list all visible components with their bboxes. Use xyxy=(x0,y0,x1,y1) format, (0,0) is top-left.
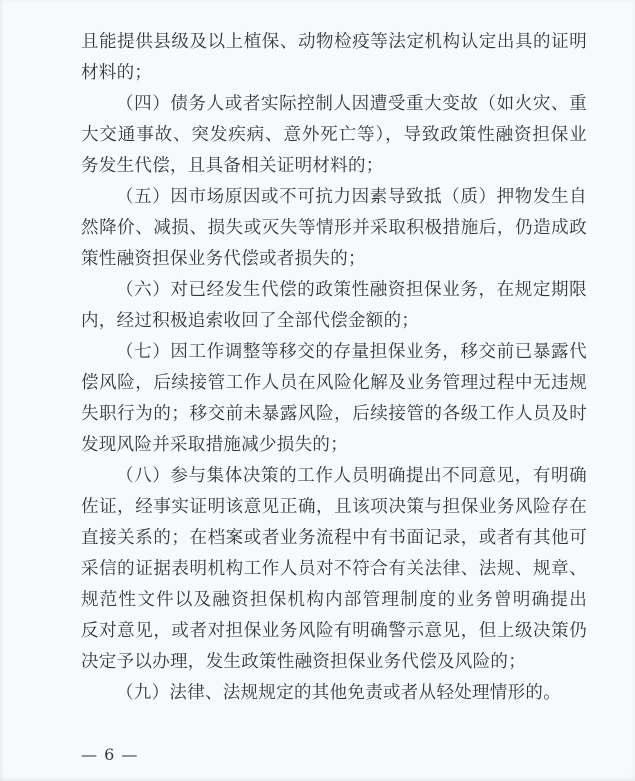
page-number: — 6 — xyxy=(81,745,138,765)
text-line: 决定予以办理，发生政策性融资担保业务代偿及风险的； xyxy=(81,647,587,678)
text-line: 佐证，经事实证明该意见正确，且该项决策与担保业务风险存在 xyxy=(81,492,587,523)
text-line-clause-7-start: （七）因工作调整等移交的存量担保业务，移交前已暴露代 xyxy=(81,337,587,368)
text-line: 且能提供县级及以上植保、动物检疫等法定机构认定出具的证明 xyxy=(81,27,587,58)
text-line: 材料的； xyxy=(81,58,587,89)
text-line-clause-5-start: （五）因市场原因或不可抗力因素导致抵（质）押物发生自 xyxy=(81,182,587,213)
text-line: 发现风险并采取措施减少损失的； xyxy=(81,430,587,461)
text-line: 偿风险，后续接管工作人员在风险化解及业务管理过程中无违规 xyxy=(81,368,587,399)
text-line-clause-6-start: （六）对已经发生代偿的政策性融资担保业务，在规定期限 xyxy=(81,275,587,306)
text-line: 务发生代偿，且具备相关证明材料的； xyxy=(81,151,587,182)
text-line: 直接关系的；在档案或者业务流程中有书面记录，或者有其他可 xyxy=(81,523,587,554)
document-page: 且能提供县级及以上植保、动物检疫等法定机构认定出具的证明 材料的； （四）债务人… xyxy=(0,0,635,781)
text-line: 策性融资担保业务代偿或者损失的； xyxy=(81,244,587,275)
text-line: 规范性文件以及融资担保机构内部管理制度的业务曾明确提出 xyxy=(81,585,587,616)
document-text-block: 且能提供县级及以上植保、动物检疫等法定机构认定出具的证明 材料的； （四）债务人… xyxy=(81,27,587,709)
text-line: 采信的证据表明机构工作人员对不符合有关法律、法规、规章、 xyxy=(81,554,587,585)
text-line-clause-8-start: （八）参与集体决策的工作人员明确提出不同意见，有明确 xyxy=(81,461,587,492)
text-line-clause-4-start: （四）债务人或者实际控制人因遭受重大变故（如火灾、重 xyxy=(81,89,587,120)
text-line: 失职行为的；移交前未暴露风险，后续接管的各级工作人员及时 xyxy=(81,399,587,430)
text-line: 内，经过积极追索收回了全部代偿金额的； xyxy=(81,306,587,337)
text-line: 反对意见，或者对担保业务风险有明确警示意见，但上级决策仍 xyxy=(81,616,587,647)
text-line-clause-9: （九）法律、法规规定的其他免责或者从轻处理情形的。 xyxy=(81,678,587,709)
text-line: 大交通事故、突发疾病、意外死亡等），导致政策性融资担保业 xyxy=(81,120,587,151)
text-line: 然降价、减损、损失或灭失等情形并采取积极措施后，仍造成政 xyxy=(81,213,587,244)
